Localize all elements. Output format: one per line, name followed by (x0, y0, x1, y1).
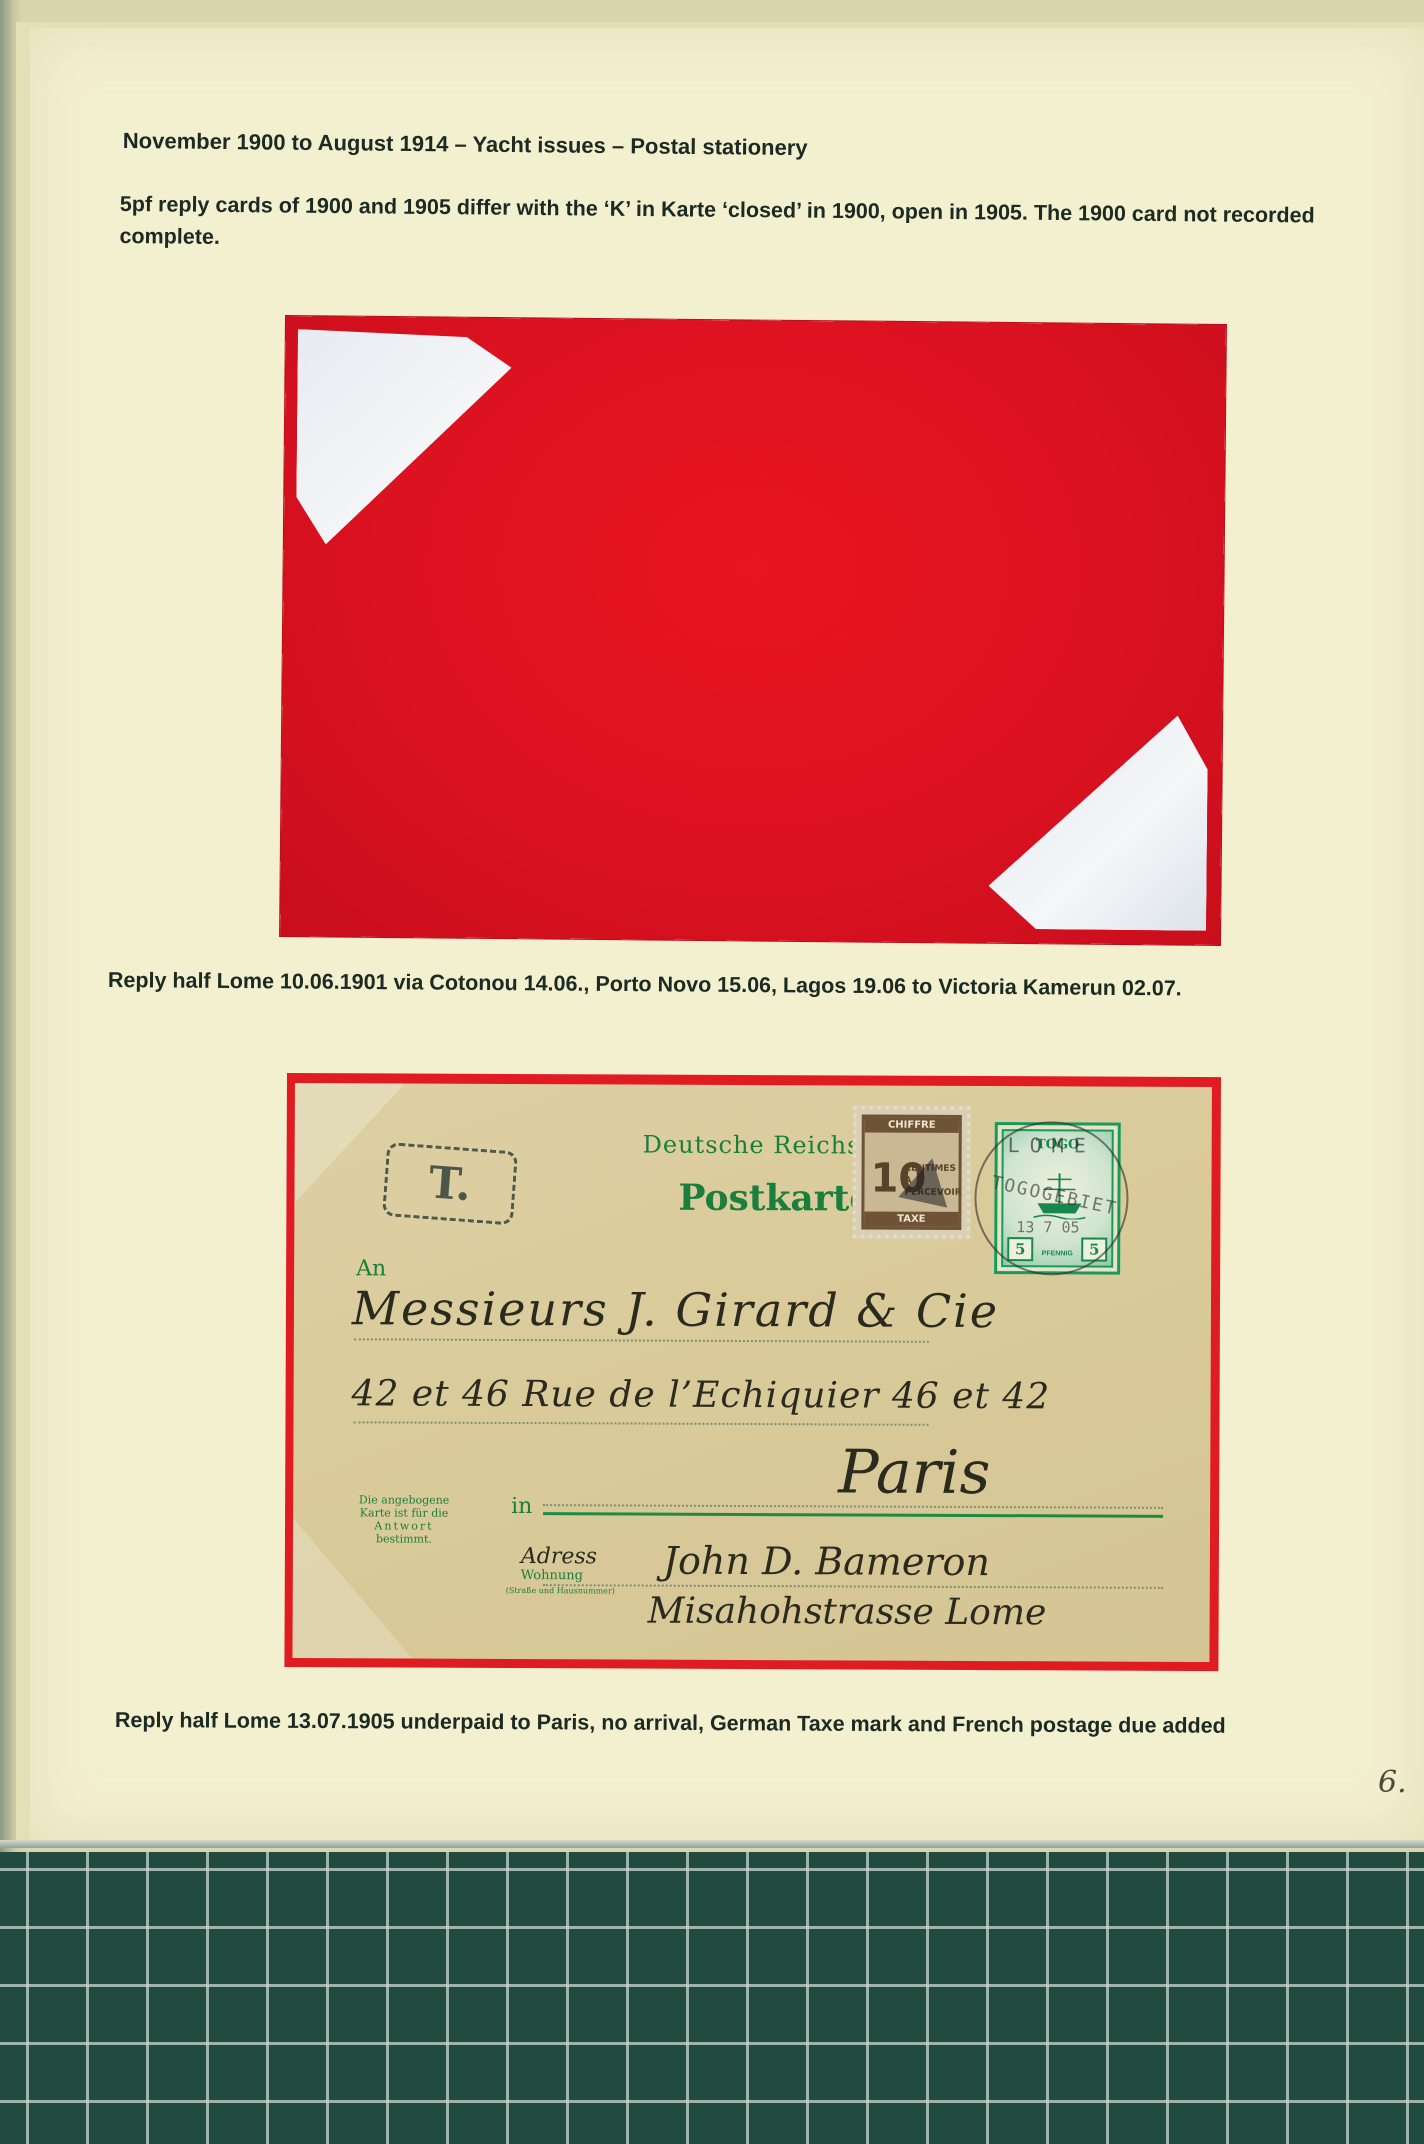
an-label: An (356, 1256, 386, 1281)
postcard: T. Deutsche Reichspo Postkarte An CHIFFR… (292, 1083, 1212, 1662)
due-top-label: CHIFFRE (865, 1118, 959, 1133)
handwritten-sender-address: Misahohstrasse Lome (648, 1591, 1047, 1634)
postmark-region: TOGOGEBIET (982, 1170, 1127, 1221)
taxe-mark: T. (382, 1142, 518, 1226)
handwritten-street: 42 et 46 Rue de l’Echiquier 46 et 42 (352, 1373, 1051, 1417)
page-bottom-edge (0, 1840, 1424, 1848)
lome-postmark: LOME TOGOGEBIET 13 7 05 (974, 1121, 1129, 1276)
reply-note: Die angebogene Karte ist für die Antwort… (349, 1493, 459, 1545)
photo-corner-top-left (296, 329, 512, 546)
reply-note-line: Antwort (349, 1519, 459, 1532)
wohnung-label: Wohnung (521, 1568, 583, 1583)
reply-note-line: Die angebogene (349, 1493, 459, 1506)
postmark-date: 13 7 05 (1016, 1218, 1079, 1236)
handwritten-addressee: Messieurs J. Girard & Cie (352, 1281, 999, 1338)
photo-corner-bottom-right (988, 714, 1208, 931)
red-reply-card-1901 (280, 316, 1226, 945)
postmark-town: LOME (977, 1133, 1127, 1158)
address-dotted-line (543, 1584, 1163, 1589)
postcard-mount-1905: T. Deutsche Reichspo Postkarte An CHIFFR… (284, 1073, 1221, 1671)
city-underline (543, 1512, 1163, 1518)
handwritten-sender: John D. Bameron (663, 1539, 990, 1584)
reply-note-line: Karte ist für die (349, 1506, 459, 1519)
address-dotted-line (354, 1338, 929, 1343)
wohnung-sublabel: (Straße und Hausnummer) (506, 1586, 615, 1595)
page-number-mark: 6. (1378, 1765, 1407, 1800)
due-bottom-label: TAXE (864, 1212, 958, 1227)
in-label: in (511, 1494, 532, 1519)
intro-text: 5pf reply cards of 1900 and 1905 differ … (119, 188, 1410, 264)
reply-note-line: bestimmt. (349, 1532, 459, 1545)
address-dotted-line (353, 1421, 928, 1426)
french-postage-due-stamp: CHIFFRE 10 CENTIMES A PERCEVOIR TAXE (852, 1105, 971, 1239)
postcard-title: Postkarte (678, 1177, 872, 1220)
handwritten-city: Paris (838, 1437, 990, 1508)
handwritten-adress: Adress (521, 1544, 597, 1569)
